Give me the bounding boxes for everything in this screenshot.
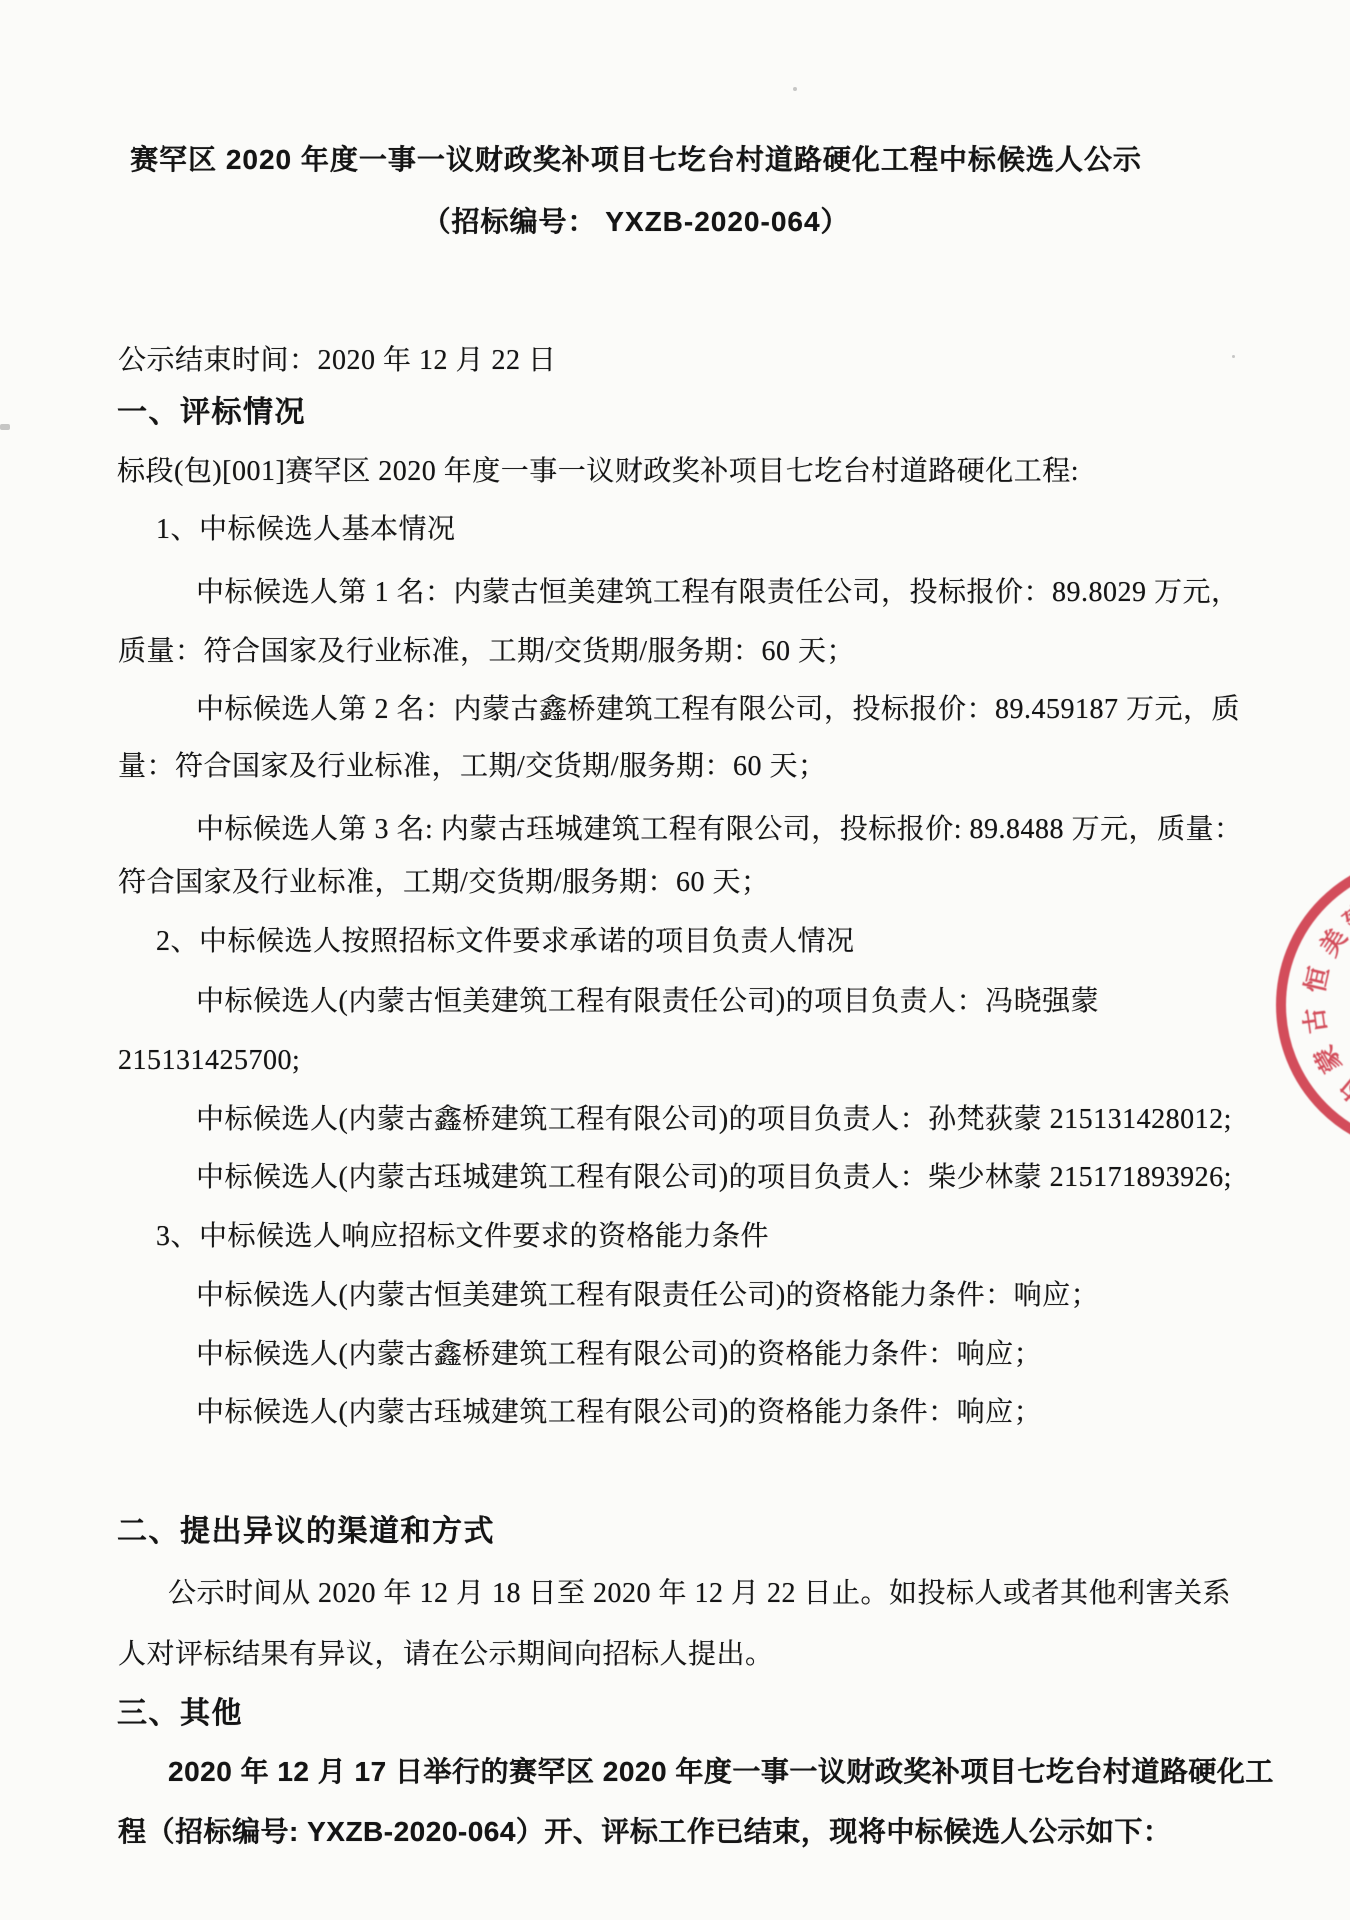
objection-line2: 人对评标结果有异议，请在公示期间向招标人提出。 — [118, 1639, 774, 1671]
scanned-notice-page: 赛罕区 2020 年度一事一议财政奖补项目七圪台村道路硬化工程中标候选人公示 （… — [0, 0, 1350, 1920]
manager1-certificate-number: 215131425700; — [118, 1045, 300, 1077]
seal-ring-character: 蒙 — [1310, 1042, 1345, 1077]
objection-line1: 公示时间从 2020 年 12 月 18 日至 2020 年 12 月 22 日… — [168, 1578, 1231, 1610]
seal-ring-character: 建 — [1339, 898, 1350, 935]
scan-artifact — [0, 424, 10, 430]
candidate1-line2: 质量：符合国家及行业标准，工期/交货期/服务期：60 天； — [118, 636, 855, 668]
official-seal-stamp: 内 蒙 古 恒 美 建 — [1276, 855, 1350, 1155]
manager2-line: 中标候选人(内蒙古鑫桥建筑工程有限公司)的项目负责人：孙梵荻蒙 21513142… — [196, 1104, 1232, 1136]
scan-artifact — [1232, 355, 1235, 358]
other-line1: 2020 年 12 月 17 日举行的赛罕区 2020 年度一事一议财政奖补项目… — [168, 1756, 1274, 1788]
section1-heading: 一、评标情况 — [117, 396, 306, 431]
seal-ring-character: 恒 — [1301, 964, 1332, 995]
scan-artifact — [432, 1238, 435, 1241]
capability1-line: 中标候选人(内蒙古恒美建筑工程有限责任公司)的资格能力条件：响应； — [196, 1280, 1099, 1312]
notice-title-line1: 赛罕区 2020 年度一事一议财政奖补项目七圪台村道路硬化工程中标候选人公示 — [0, 144, 1272, 176]
seal-ring-character: 美 — [1315, 924, 1350, 960]
capability3-line: 中标候选人(内蒙古珏城建筑工程有限公司)的资格能力条件：响应； — [196, 1397, 1042, 1429]
publicity-end-time-line: 公示结束时间：2020 年 12 月 22 日 — [118, 345, 557, 377]
item2-heading: 2、中标候选人按照招标文件要求承诺的项目负责人情况 — [156, 926, 855, 958]
manager1-line1: 中标候选人(内蒙古恒美建筑工程有限责任公司)的项目负责人：冯晓强蒙 — [196, 986, 1099, 1018]
notice-title-line2-tender-number: （招标编号： YXZB-2020-064） — [0, 206, 1272, 238]
candidate2-line1: 中标候选人第 2 名：内蒙古鑫桥建筑工程有限公司，投标报价：89.459187 … — [196, 694, 1240, 726]
section2-heading: 二、提出异议的渠道和方式 — [117, 1515, 495, 1550]
seal-ring-character: 内 — [1336, 1072, 1350, 1109]
capability2-line: 中标候选人(内蒙古鑫桥建筑工程有限公司)的资格能力条件：响应； — [196, 1339, 1042, 1371]
item3-heading: 3、中标候选人响应招标文件要求的资格能力条件 — [156, 1221, 769, 1253]
candidate1-line1: 中标候选人第 1 名：内蒙古恒美建筑工程有限责任公司，投标报价：89.8029 … — [196, 577, 1240, 609]
candidate3-line2: 符合国家及行业标准，工期/交货期/服务期：60 天； — [118, 867, 770, 899]
section3-heading: 三、其他 — [117, 1697, 243, 1732]
bid-section-intro-line: 标段(包)[001]赛罕区 2020 年度一事一议财政奖补项目七圪台村道路硬化工… — [117, 456, 1079, 488]
manager3-line: 中标候选人(内蒙古珏城建筑工程有限公司)的项目负责人：柴少林蒙 21517189… — [196, 1162, 1232, 1194]
scan-artifact — [793, 87, 797, 91]
item1-heading: 1、中标候选人基本情况 — [156, 514, 456, 546]
candidate2-line2: 量：符合国家及行业标准，工期/交货期/服务期：60 天； — [118, 751, 827, 783]
other-line2: 程（招标编号: YXZB-2020-064）开、评标工作已结束，现将中标候选人公… — [118, 1816, 1171, 1848]
seal-ring-character: 古 — [1300, 1006, 1329, 1035]
candidate3-line1: 中标候选人第 3 名: 内蒙古珏城建筑工程有限公司，投标报价: 89.8488 … — [196, 814, 1243, 846]
